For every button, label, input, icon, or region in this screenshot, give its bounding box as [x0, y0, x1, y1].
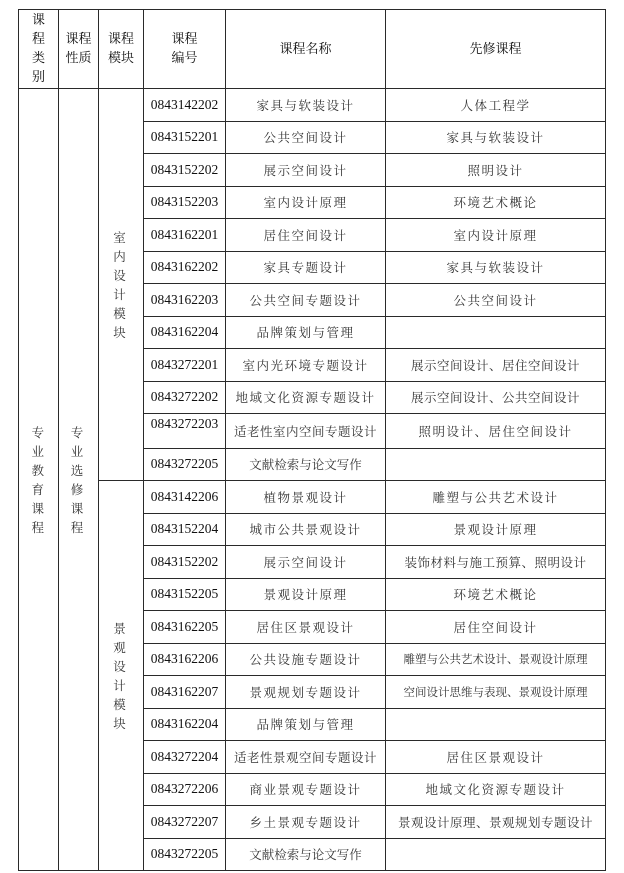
prerequisite: 景观设计原理、景观规划专题设计 [386, 806, 606, 839]
course-name: 居住区景观设计 [226, 611, 386, 644]
prerequisite: 居住区景观设计 [386, 741, 606, 774]
course-name: 城市公共景观设计 [226, 513, 386, 546]
course-name: 地域文化资源专题设计 [226, 381, 386, 414]
course-name: 室内设计原理 [226, 186, 386, 219]
course-name: 景观设计原理 [226, 578, 386, 611]
course-code: 0843152201 [144, 121, 226, 154]
prerequisite: 地域文化资源专题设计 [386, 773, 606, 806]
course-code: 0843272205 [144, 838, 226, 871]
course-code: 0843272202 [144, 381, 226, 414]
table-row: 景观设计模块 0843142206 植物景观设计 雕塑与公共艺术设计 [19, 481, 606, 514]
course-name: 居住空间设计 [226, 219, 386, 252]
prerequisite: 装饰材料与施工预算、照明设计 [386, 546, 606, 579]
course-name: 室内光环境专题设计 [226, 349, 386, 382]
course-name: 家具专题设计 [226, 251, 386, 284]
course-code: 0843272201 [144, 349, 226, 382]
course-name: 文献检索与论文写作 [226, 838, 386, 871]
course-code: 0843162205 [144, 611, 226, 644]
prerequisite: 家具与软装设计 [386, 121, 606, 154]
prerequisite [386, 838, 606, 871]
prerequisite: 照明设计 [386, 154, 606, 187]
header-category: 课程类别 [19, 10, 59, 89]
course-code: 0843272205 [144, 448, 226, 481]
course-code: 0843162207 [144, 676, 226, 709]
course-table: 课程类别 课程性质 课程模块 课程编号 课程名称 先修课程 专业教育课程 专业选… [18, 9, 606, 871]
nature-cell: 专业选修课程 [59, 89, 99, 871]
course-code: 0843162202 [144, 251, 226, 284]
prerequisite: 展示空间设计、公共空间设计 [386, 381, 606, 414]
prerequisite: 人体工程学 [386, 89, 606, 122]
course-name: 展示空间设计 [226, 154, 386, 187]
prerequisite: 雕塑与公共艺术设计 [386, 481, 606, 514]
prerequisite: 居住空间设计 [386, 611, 606, 644]
course-code: 0843142202 [144, 89, 226, 122]
prerequisite: 公共空间设计 [386, 284, 606, 317]
course-code: 0843272203 [144, 414, 226, 449]
course-code: 0843272206 [144, 773, 226, 806]
course-name: 商业景观专题设计 [226, 773, 386, 806]
prerequisite [386, 708, 606, 741]
prerequisite: 照明设计、居住空间设计 [386, 414, 606, 449]
table-row: 专业教育课程 专业选修课程 室内设计模块 0843142202 家具与软装设计 … [19, 89, 606, 122]
prerequisite: 环境艺术概论 [386, 186, 606, 219]
prerequisite: 景观设计原理 [386, 513, 606, 546]
course-code: 0843152205 [144, 578, 226, 611]
course-name: 公共空间设计 [226, 121, 386, 154]
prerequisite [386, 316, 606, 349]
header-code: 课程编号 [144, 10, 226, 89]
header-name: 课程名称 [226, 10, 386, 89]
header-module: 课程模块 [99, 10, 144, 89]
course-name: 文献检索与论文写作 [226, 448, 386, 481]
course-name: 公共空间专题设计 [226, 284, 386, 317]
prerequisite: 环境艺术概论 [386, 578, 606, 611]
course-code: 0843152202 [144, 154, 226, 187]
course-name: 品牌策划与管理 [226, 316, 386, 349]
course-name: 适老性景观空间专题设计 [226, 741, 386, 774]
category-cell: 专业教育课程 [19, 89, 59, 871]
course-code: 0843152203 [144, 186, 226, 219]
course-code: 0843162204 [144, 708, 226, 741]
course-code: 0843162201 [144, 219, 226, 252]
course-name: 景观规划专题设计 [226, 676, 386, 709]
prerequisite [386, 448, 606, 481]
prerequisite: 室内设计原理 [386, 219, 606, 252]
course-name: 品牌策划与管理 [226, 708, 386, 741]
course-code: 0843162206 [144, 643, 226, 676]
course-name: 家具与软装设计 [226, 89, 386, 122]
prerequisite: 展示空间设计、居住空间设计 [386, 349, 606, 382]
header-nature: 课程性质 [59, 10, 99, 89]
prerequisite: 雕塑与公共艺术设计、景观设计原理 [386, 643, 606, 676]
course-name: 植物景观设计 [226, 481, 386, 514]
course-code: 0843152204 [144, 513, 226, 546]
course-name: 展示空间设计 [226, 546, 386, 579]
course-code: 0843162204 [144, 316, 226, 349]
header-row: 课程类别 课程性质 课程模块 课程编号 课程名称 先修课程 [19, 10, 606, 89]
course-name: 公共设施专题设计 [226, 643, 386, 676]
course-name: 乡土景观专题设计 [226, 806, 386, 839]
course-code: 0843162203 [144, 284, 226, 317]
module-interior-cell: 室内设计模块 [99, 89, 144, 481]
prerequisite: 家具与软装设计 [386, 251, 606, 284]
course-code: 0843152202 [144, 546, 226, 579]
course-code: 0843272207 [144, 806, 226, 839]
course-name: 适老性室内空间专题设计 [226, 414, 386, 449]
course-code: 0843142206 [144, 481, 226, 514]
header-prereq: 先修课程 [386, 10, 606, 89]
course-code: 0843272204 [144, 741, 226, 774]
prerequisite: 空间设计思维与表现、景观设计原理 [386, 676, 606, 709]
module-landscape-cell: 景观设计模块 [99, 481, 144, 871]
